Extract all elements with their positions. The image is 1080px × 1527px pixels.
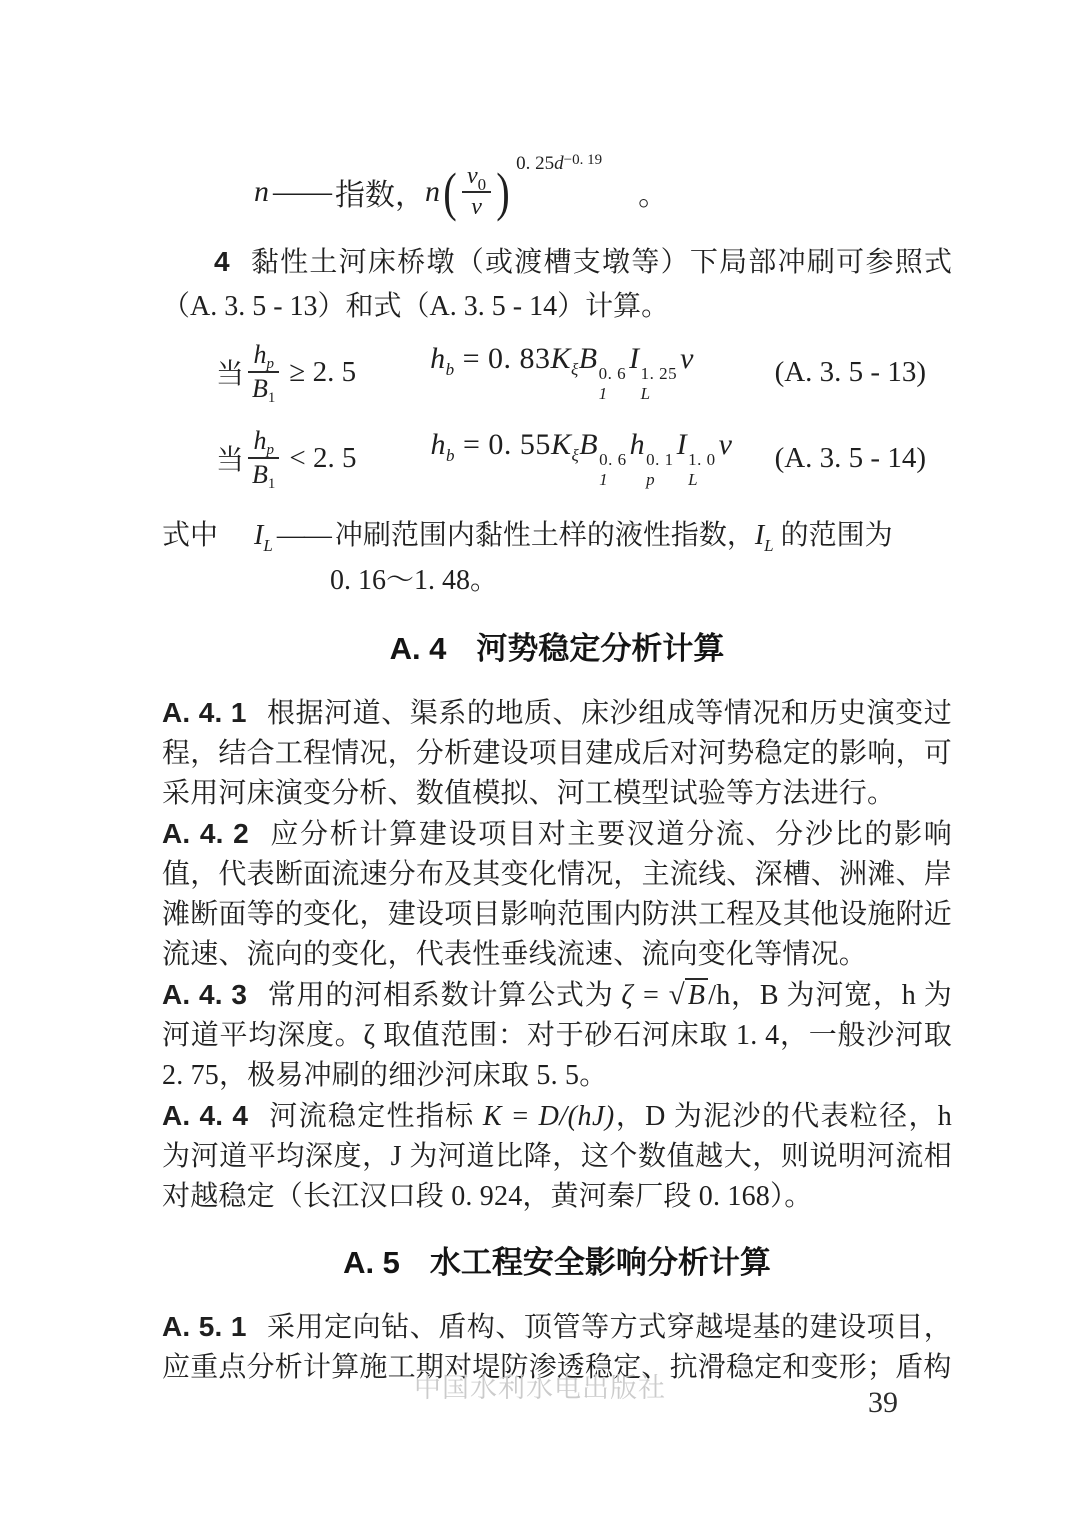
b1-sub: 1 (268, 476, 276, 492)
b-sub: 1 (599, 471, 608, 488)
condition-denominator: B1 (248, 459, 279, 492)
paragraph-a41: A. 4. 1根据河道、渠系的地质、床沙组成等情况和历史演变过程，结合工程情况，… (162, 693, 952, 814)
section-number: A. 5 (343, 1245, 400, 1280)
equation-expression: hb = 0. 83KξB0. 61I1. 25Lv (430, 342, 694, 402)
v-var: v (680, 342, 694, 375)
item4-number: 4 (214, 246, 230, 277)
condition-numerator: hp (248, 425, 279, 460)
clause-number: A. 4. 3 (162, 979, 247, 1010)
hb-var: h (430, 342, 446, 375)
sentence-end: 。 (638, 170, 668, 214)
condition-operator: < 2. 5 (289, 442, 356, 475)
hp-subsup: 0. 1p (646, 451, 674, 488)
condition-numerator: hp (248, 339, 279, 374)
page-number: 39 (868, 1386, 898, 1420)
b1-var: B (252, 460, 268, 489)
section-title: 河势稳定分析计算 (476, 631, 724, 666)
hp-var: h (253, 340, 266, 369)
equals-constant: = 0. 55 (455, 428, 551, 461)
hp-sub: p (266, 442, 274, 458)
fraction-denominator: v (462, 193, 491, 222)
clause-text: 河流稳定性指标 (268, 1101, 483, 1132)
hp-sub: p (266, 356, 274, 372)
il-sup: 1. 25 (641, 365, 678, 382)
paragraph-a44: A. 4. 4河流稳定性指标 K = D/(hJ)，D 为泥沙的代表粒径，h 为… (162, 1096, 952, 1217)
il-sub: L (688, 471, 698, 488)
condition-operator: ≥ 2. 5 (289, 356, 356, 389)
clause-number: A. 4. 1 (162, 697, 247, 728)
condition-fraction: hp B1 (248, 339, 279, 406)
zeta-equals: ζ = (621, 980, 668, 1011)
definition-dash: —— (273, 175, 331, 209)
k-sub: ξ (571, 360, 579, 379)
b-sub: 1 (599, 385, 608, 402)
exponent-variable: d (554, 153, 564, 174)
sqrt-expression: √B (669, 980, 708, 1011)
clause-number: A. 5. 1 (162, 1311, 247, 1342)
paragraph-a43: A. 4. 3常用的河相系数计算公式为 ζ = √B/h，B 为河宽，h 为河道… (162, 975, 952, 1096)
where-line1: 式中IL——冲刷范围内黏性土样的液性指数，IL 的范围为 (162, 513, 952, 558)
hp-var: h (253, 426, 266, 455)
equation-a3513: 当 hp B1 ≥ 2. 5 hb = 0. 83KξB0. 61I1. 25L… (162, 329, 952, 415)
b1-var: B (252, 374, 268, 403)
b-subsup: 0. 61 (599, 365, 627, 402)
formula-n-definition: n —— 指数， n ( v0 v ) 0. 25d−0. 19 。 (162, 150, 952, 234)
where-description: 冲刷范围内黏性土样的液性指数， (335, 520, 755, 551)
page-content: n —— 指数， n ( v0 v ) 0. 25d−0. 19 。 4黏性土河… (162, 0, 952, 1388)
equals-constant: = 0. 83 (455, 342, 551, 375)
equation-expression: hb = 0. 55KξB0. 61h0. 1pI1. 0Lv (431, 428, 733, 488)
hp-var: h (630, 428, 646, 461)
il-symbol: I (755, 520, 764, 551)
radical-sign: √ (669, 979, 685, 1011)
clause-text: 根据河道、渠系的地质、床沙组成等情况和历史演变过程，结合工程情况，分析建设项目建… (162, 698, 952, 809)
formula-n-symbol: n (254, 175, 269, 209)
hb-sub: b (446, 360, 455, 379)
numerator-var: v (467, 163, 478, 189)
section-number: A. 4 (390, 631, 447, 666)
exponent-superscript: −0. 19 (564, 152, 602, 168)
hb-sub: b (446, 446, 455, 465)
paragraph-a42: A. 4. 2应分析计算建设项目对主要汊道分流、分沙比的影响值，代表断面流速分布… (162, 814, 952, 975)
k-var: K (551, 342, 572, 375)
sqrt-argument: B (685, 978, 708, 1011)
section-heading-a5: A. 5水工程安全影响分析计算 (162, 1243, 952, 1283)
exponent-coefficient: 0. 25 (516, 153, 554, 174)
right-paren: ) (496, 165, 509, 219)
condition-when: 当 (216, 438, 244, 478)
clause-number: A. 4. 2 (162, 818, 249, 849)
exponent-block: 0. 25d−0. 19 (516, 152, 602, 175)
il-sub: L (641, 385, 651, 402)
condition-fraction: hp B1 (248, 425, 279, 492)
b-var: B (579, 428, 598, 461)
hb-var: h (431, 428, 447, 461)
b-var: B (579, 342, 598, 375)
b-sup: 0. 6 (599, 451, 627, 468)
publisher-watermark: 中国水利水电出版社 (414, 1366, 666, 1405)
clause-number: A. 4. 4 (162, 1100, 248, 1131)
fraction-numerator: v0 (462, 162, 491, 193)
where-range-value: 0. 16～1. 48。 (162, 558, 952, 603)
equation-number-a3513: (A. 3. 5 - 13) (775, 356, 926, 389)
definition-dash: —— (277, 520, 331, 551)
formula-n-label: 指数， (335, 170, 425, 214)
formula-n-coefficient: n (425, 175, 440, 209)
where-label: 式中 (162, 520, 218, 551)
il-var: I (629, 342, 640, 375)
b-subsup: 0. 61 (599, 451, 627, 488)
item4-text: 黏性土河床桥墩（或渡槽支墩等）下局部冲刷可参照式（A. 3. 5 - 13）和式… (162, 247, 952, 322)
clause-text: 应分析计算建设项目对主要汊道分流、分沙比的影响值，代表断面流速分布及其变化情况，… (162, 819, 952, 970)
left-paren: ( (443, 165, 456, 219)
velocity-ratio-fraction: v0 v (462, 162, 491, 222)
where-description-cont: 的范围为 (774, 520, 893, 551)
paragraph-item4: 4黏性土河床桥墩（或渡槽支墩等）下局部冲刷可参照式（A. 3. 5 - 13）和… (162, 240, 952, 329)
equation-a3514: 当 hp B1 < 2. 5 hb = 0. 55KξB0. 61h0. 1pI… (162, 415, 952, 501)
il-subsup: 1. 0L (688, 451, 716, 488)
numerator-subscript: 0 (478, 175, 487, 194)
il-sup: 1. 0 (688, 451, 716, 468)
il-symbol: I (254, 520, 263, 551)
where-clause: 式中IL——冲刷范围内黏性土样的液性指数，IL 的范围为 0. 16～1. 48… (162, 513, 952, 603)
clause-text: 常用的河相系数计算公式为 (267, 980, 621, 1011)
k-var: K (551, 428, 572, 461)
condition-when: 当 (216, 352, 244, 392)
il-var: I (677, 428, 688, 461)
hp-sub: p (646, 471, 655, 488)
hp-sup: 0. 1 (646, 451, 674, 468)
stability-index-formula: K = D/(hJ) (483, 1101, 615, 1132)
section-heading-a4: A. 4河势稳定分析计算 (162, 629, 952, 669)
condition-denominator: B1 (248, 373, 279, 406)
il-symbol-sub: L (263, 536, 272, 555)
equation-number-a3514: (A. 3. 5 - 14) (775, 442, 926, 475)
b-sup: 0. 6 (599, 365, 627, 382)
section-title: 水工程安全影响分析计算 (430, 1245, 771, 1280)
v-var: v (719, 428, 733, 461)
il-subsup: 1. 25L (641, 365, 678, 402)
b1-sub: 1 (268, 390, 276, 406)
document-page: n —— 指数， n ( v0 v ) 0. 25d−0. 19 。 4黏性土河… (0, 0, 1080, 1527)
il-symbol-sub: L (764, 536, 773, 555)
